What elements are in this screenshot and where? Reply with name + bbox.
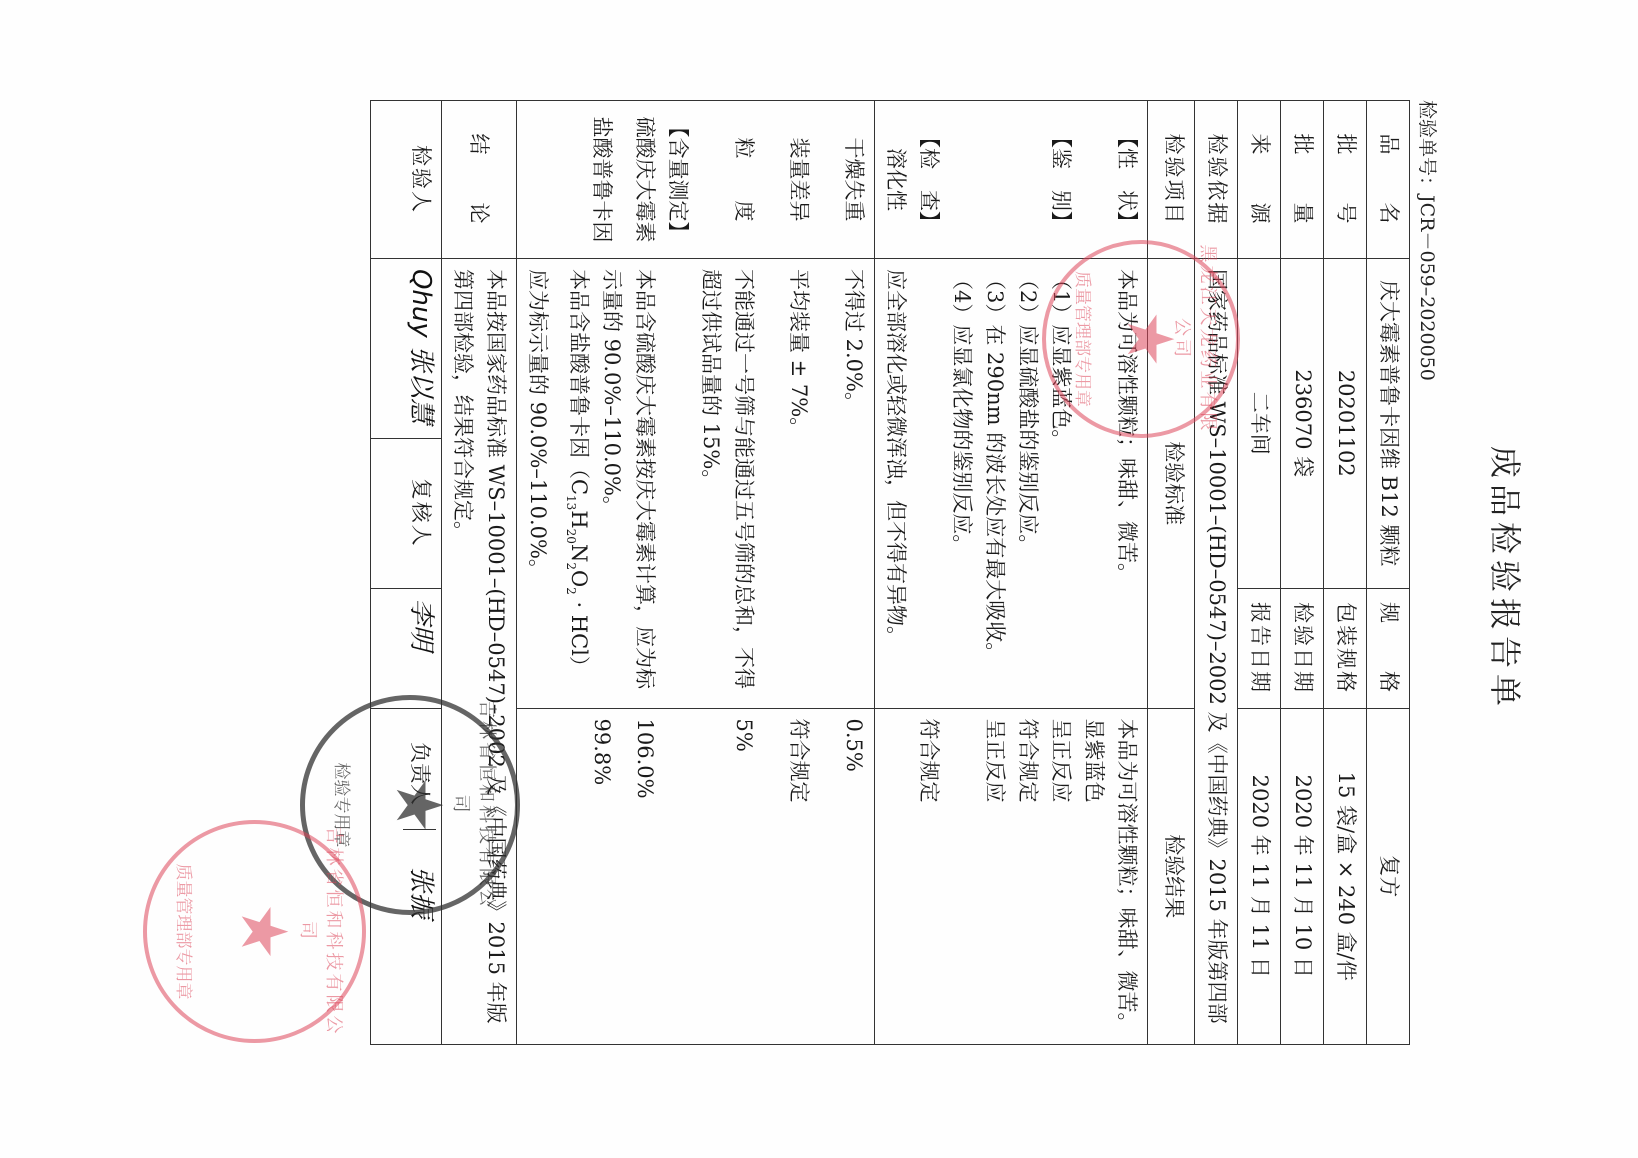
header-row-qty: 批 量 236070 袋 检验日期 2020 年 11 月 10 日 <box>1281 101 1324 1045</box>
inspect-date-label: 检验日期 <box>1281 588 1324 708</box>
header-row-source: 来 源 二车间 报告日期 2020 年 11 月 11 日 <box>1238 101 1281 1045</box>
doc-number-value: JCR－059–2020050 <box>1416 195 1438 381</box>
basis-label: 检验依据 <box>1195 101 1238 259</box>
responsible-signature: 张振 <box>406 836 436 918</box>
report-date-value: 2020 年 11 月 11 日 <box>1238 708 1281 1044</box>
column-header-row: 检验项目 检验标准 检验结果 <box>1148 101 1195 1045</box>
batch-no-value: 20201102 <box>1324 258 1367 588</box>
row-item: 【性 状】 【鉴 别】 【检 查】 溶化性 <box>875 101 1148 259</box>
row-standard: 不得过 2.0%。 平均装量 ± 7%。 不能通过一号筛与能通过五号筛的总和，不… <box>516 258 874 708</box>
row-result: 0.5% 符合规定 5% 106.0% 99.8% <box>516 708 874 1044</box>
inspect-date-value: 2020 年 11 月 10 日 <box>1281 708 1324 1044</box>
row-standard: 本品为可溶性颗粒；味甜、微苦。 （1）应显紫蓝色。 （2）应显硫酸盐的鉴别反应。… <box>875 258 1148 708</box>
spec-label: 规 格 <box>1367 588 1410 708</box>
package-label: 包装规格 <box>1324 588 1367 708</box>
basis-value: 国家药品标准 WS–10001–(HD–0547)–2002 及《中国药典》20… <box>1195 258 1238 1044</box>
table-row: 干燥失重 装量差异 粒 度 【含量测定】 硫酸庆大霉素 盐酸普鲁卡因 不得过 2… <box>516 101 874 1045</box>
table-row: 【性 状】 【鉴 别】 【检 查】 溶化性 本品为可溶性颗粒；味甜、微苦。 （1… <box>875 101 1148 1045</box>
row-item: 干燥失重 装量差异 粒 度 【含量测定】 硫酸庆大霉素 盐酸普鲁卡因 <box>516 101 874 259</box>
col-standard-header: 检验标准 <box>1148 258 1195 708</box>
batch-qty-label: 批 量 <box>1281 101 1324 259</box>
header-row-batch: 批 号 20201102 包装规格 15 袋/盒 × 240 盒/件 <box>1324 101 1367 1045</box>
signature-row: 检验人 Qhuy 张以慧 复核人 李明 负责人 张振 <box>370 101 441 1045</box>
product-name-label: 品 名 <box>1367 101 1410 259</box>
col-item-header: 检验项目 <box>1148 101 1195 259</box>
batch-qty-value: 236070 袋 <box>1281 258 1324 588</box>
batch-no-label: 批 号 <box>1324 101 1367 259</box>
page-title: 成品检验报告单 <box>1484 0 1530 1158</box>
conclusion-row: 结 论 本品按国家药品标准 WS–10001–(HD–0547)–2002 及《… <box>441 101 516 1045</box>
package-value: 15 袋/盒 × 240 盒/件 <box>1324 708 1367 1044</box>
responsible-label: 负责人 <box>403 719 436 830</box>
header-row-basis: 检验依据 国家药品标准 WS–10001–(HD–0547)–2002 及《中国… <box>1195 101 1238 1045</box>
inspector-label: 检验人 <box>370 101 441 259</box>
product-name-value: 庆大霉素普鲁卡因维 B12 颗粒 <box>1367 258 1410 588</box>
doc-number-label: 检验单号： <box>1416 100 1438 195</box>
source-value: 二车间 <box>1238 258 1281 588</box>
inspector-signature: Qhuy 张以慧 <box>370 258 441 438</box>
header-row-product: 品 名 庆大霉素普鲁卡因维 B12 颗粒 规 格 复方 <box>1367 101 1410 1045</box>
procaine-standard: 本品含盐酸普鲁卡因（C13H20N2O2 · HCl）应为标示量的 90.0%–… <box>521 269 595 698</box>
quality-stamp-bottom: 吉林省恒和科技有限公司 ★ 质量管理部专用章 <box>143 820 366 1043</box>
star-icon: ★ <box>226 903 300 960</box>
spec-value: 复方 <box>1367 708 1410 1044</box>
report-date-label: 报告日期 <box>1238 588 1281 708</box>
reviewer-signature: 李明 <box>370 588 441 708</box>
reviewer-label: 复核人 <box>370 438 441 588</box>
conclusion-text: 本品按国家药品标准 WS–10001–(HD–0547)–2002 及《中国药典… <box>441 258 516 1044</box>
conclusion-label: 结 论 <box>441 101 516 259</box>
col-result-header: 检验结果 <box>1148 708 1195 1044</box>
doc-number: 检验单号：JCR－059–2020050 <box>1415 100 1442 381</box>
report-table: 品 名 庆大霉素普鲁卡因维 B12 颗粒 规 格 复方 批 号 20201102… <box>370 100 1410 1045</box>
source-label: 来 源 <box>1238 101 1281 259</box>
row-result: 本品为可溶性颗粒；味甜、微苦。 显紫蓝色 呈正反应 符合规定 呈正反应 符合规定 <box>875 708 1148 1044</box>
responsible-cell: 负责人 张振 <box>370 708 441 1044</box>
inspection-report-page: 成品检验报告单 检验单号：JCR－059–2020050 品 名 庆大霉素普鲁卡… <box>0 0 1638 1158</box>
